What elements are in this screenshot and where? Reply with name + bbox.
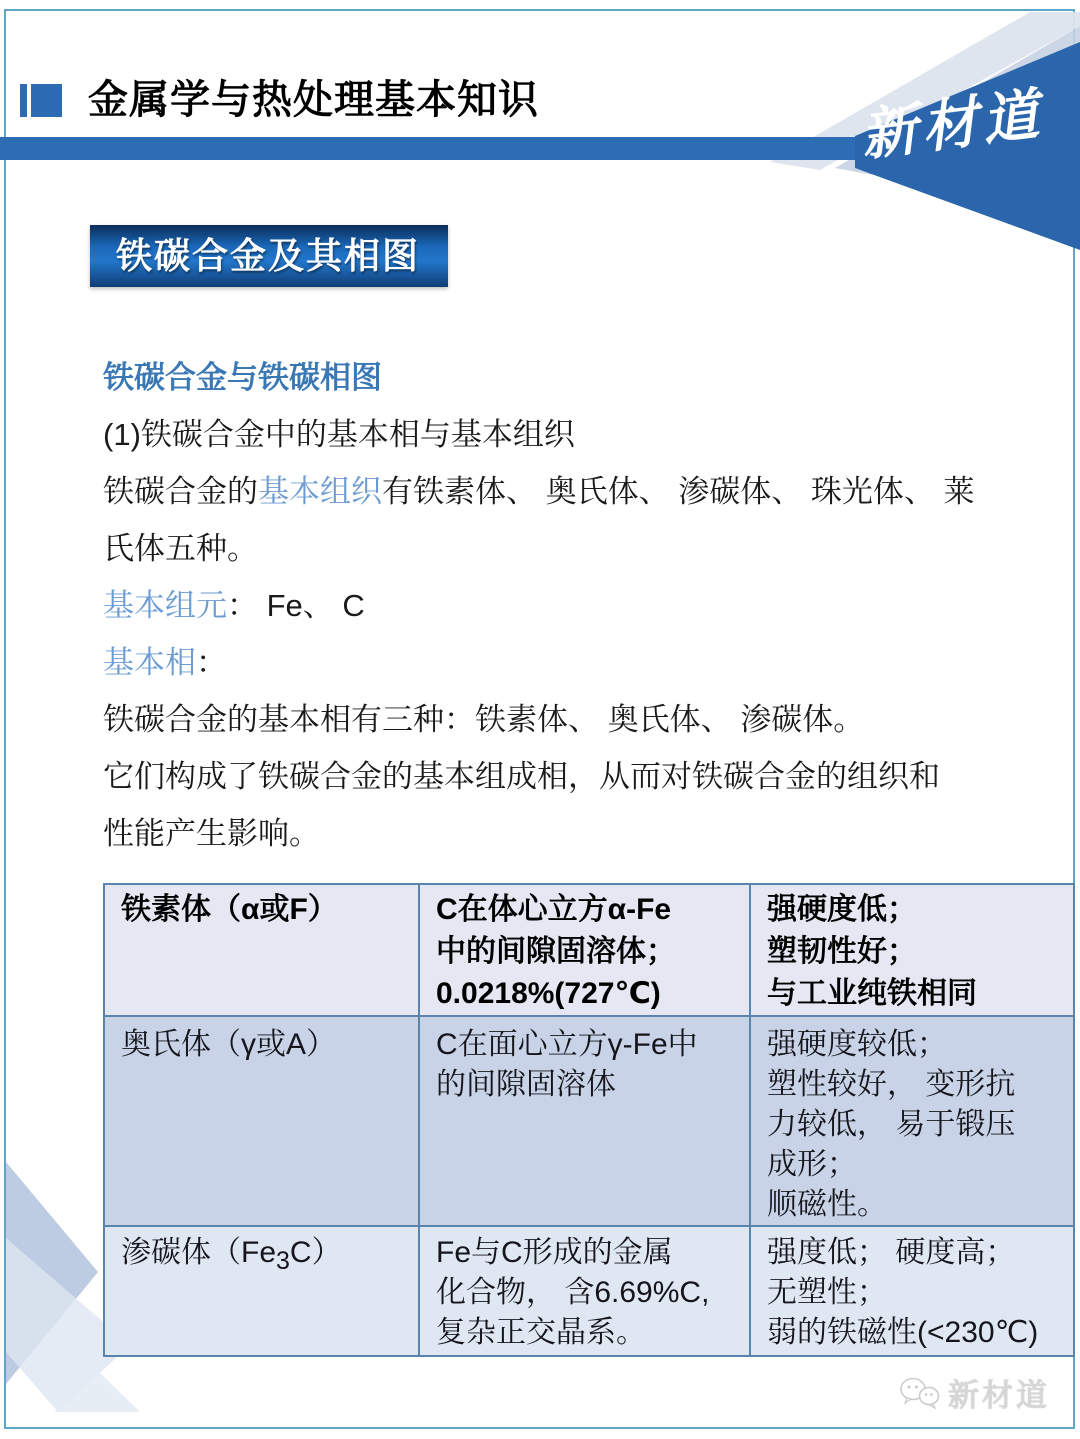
cell-line: 铁素体（α或F） (121, 889, 408, 931)
cell-line: 复杂正交晶系。 (436, 1313, 739, 1353)
cell-line: C在体心立方α-Fe (436, 889, 739, 931)
cell-line: 强度低； 硬度高； (767, 1233, 1063, 1273)
text-segment: 渗碳体（Fe (121, 1236, 276, 1269)
text-segment: 它们构成了铁碳合金的基本组成相，从而对铁碳合金的组织和 (103, 759, 940, 794)
body-line: 基本组元： Fe、 C (103, 577, 1003, 634)
body-line: 铁碳合金的基本相有三种：铁素体、 奥氏体、 渗碳体。 (103, 691, 1003, 748)
title-bullet-icon (20, 84, 27, 117)
text-segment-blue: 基本相 (103, 645, 196, 680)
text-segment: (1)铁碳合金中的基本相与基本组织 (103, 417, 575, 452)
sub-heading: 铁碳合金与铁碳相图 (103, 349, 1003, 406)
body-line: 性能产生影响。 (103, 805, 1003, 862)
cell-line: C在面心立方γ-Fe中 (436, 1025, 739, 1065)
body-line: 铁碳合金的基本组织有铁素体、 奥氏体、 渗碳体、 珠光体、 莱 (103, 463, 1003, 520)
cell-line: 化合物， 含6.69%C, (436, 1273, 739, 1313)
text-segment: 铁碳合金的 (103, 474, 258, 509)
footer-brand-text: 新材道 (948, 1370, 1050, 1415)
cell-line: 渗碳体（Fe3C） (121, 1233, 408, 1281)
text-segment: C） (290, 1236, 342, 1269)
cell-phase-name: 奥氏体（γ或A） (104, 1016, 419, 1226)
table-row: 铁素体（α或F） C在体心立方α-Fe 中的间隙固溶体； 0.0218%(727… (104, 884, 1074, 1016)
body-line: 基本相： (103, 634, 1003, 691)
cell-phase-name: 铁素体（α或F） (104, 884, 419, 1016)
cell-line: 强硬度低； (767, 889, 1063, 931)
cell-line: 中的间隙固溶体； (436, 931, 739, 973)
cell-phase-desc: C在体心立方α-Fe 中的间隙固溶体； 0.0218%(727℃) (419, 884, 750, 1016)
text-segment: ： (196, 645, 227, 680)
text-segment: 性能产生影响。 (103, 816, 320, 851)
cell-phase-props: 强度低； 硬度高； 无塑性； 弱的铁磁性(<230℃) (750, 1226, 1074, 1356)
cell-line: 成形； (767, 1145, 1063, 1185)
page: 新材道 金属学与热处理基本知识 铁碳合金及其相图 铁碳合金与铁碳相图 (1)铁碳… (0, 0, 1080, 1439)
text-segment: ： Fe、 C (227, 588, 365, 623)
page-title: 金属学与热处理基本知识 (88, 68, 539, 125)
cell-line: 顺磁性。 (767, 1185, 1063, 1225)
cell-line: 与工业纯铁相同 (767, 973, 1063, 1015)
cell-phase-desc: Fe与C形成的金属 化合物， 含6.69%C, 复杂正交晶系。 (419, 1226, 750, 1356)
cell-line: 无塑性； (767, 1273, 1063, 1313)
cell-phase-props: 强硬度较低； 塑性较好， 变形抗 力较低， 易于锻压 成形； 顺磁性。 (750, 1016, 1074, 1226)
section-banner-label: 铁碳合金及其相图 (90, 225, 448, 287)
title-bullet-icon (31, 84, 62, 117)
body-line: 它们构成了铁碳合金的基本组成相，从而对铁碳合金的组织和 (103, 748, 1003, 805)
body-line: 氏体五种。 (103, 520, 1003, 577)
cell-line: 塑性较好， 变形抗 (767, 1065, 1063, 1105)
text-segment: 铁碳合金的基本相有三种：铁素体、 奥氏体、 渗碳体。 (103, 702, 864, 737)
body-line: (1)铁碳合金中的基本相与基本组织 (103, 406, 1003, 463)
table-row: 奥氏体（γ或A） C在面心立方γ-Fe中 的间隙固溶体 强硬度较低； 塑性较好，… (104, 1016, 1074, 1226)
cell-phase-name: 渗碳体（Fe3C） (104, 1226, 419, 1356)
text-segment: 有铁素体、 奥氏体、 渗碳体、 珠光体、 莱 (382, 474, 974, 509)
cell-line: Fe与C形成的金属 (436, 1233, 739, 1273)
cell-line: 弱的铁磁性(<230℃) (767, 1313, 1063, 1353)
cell-line: 力较低， 易于锻压 (767, 1105, 1063, 1145)
cell-line: 的间隙固溶体 (436, 1065, 739, 1105)
subscript: 3 (276, 1247, 290, 1275)
footer-brand: 新材道 (898, 1370, 1050, 1415)
text-segment-blue: 基本组元 (103, 588, 227, 623)
text-segment: 氏体五种。 (103, 531, 258, 566)
body-text: 铁碳合金与铁碳相图 (1)铁碳合金中的基本相与基本组织 铁碳合金的基本组织有铁素… (103, 349, 1003, 862)
wechat-bubbles-icon (898, 1375, 942, 1411)
cell-phase-props: 强硬度低； 塑韧性好； 与工业纯铁相同 (750, 884, 1074, 1016)
cell-phase-desc: C在面心立方γ-Fe中 的间隙固溶体 (419, 1016, 750, 1226)
section-banner: 铁碳合金及其相图 (90, 225, 448, 287)
table-row: 渗碳体（Fe3C） Fe与C形成的金属 化合物， 含6.69%C, 复杂正交晶系… (104, 1226, 1074, 1356)
text-segment-blue: 基本组织 (258, 474, 382, 509)
cell-line: 0.0218%(727℃) (436, 973, 739, 1015)
cell-line: 奥氏体（γ或A） (121, 1025, 408, 1065)
cell-line: 强硬度较低； (767, 1025, 1063, 1065)
cell-line: 塑韧性好； (767, 931, 1063, 973)
phases-table: 铁素体（α或F） C在体心立方α-Fe 中的间隙固溶体； 0.0218%(727… (103, 883, 1075, 1357)
